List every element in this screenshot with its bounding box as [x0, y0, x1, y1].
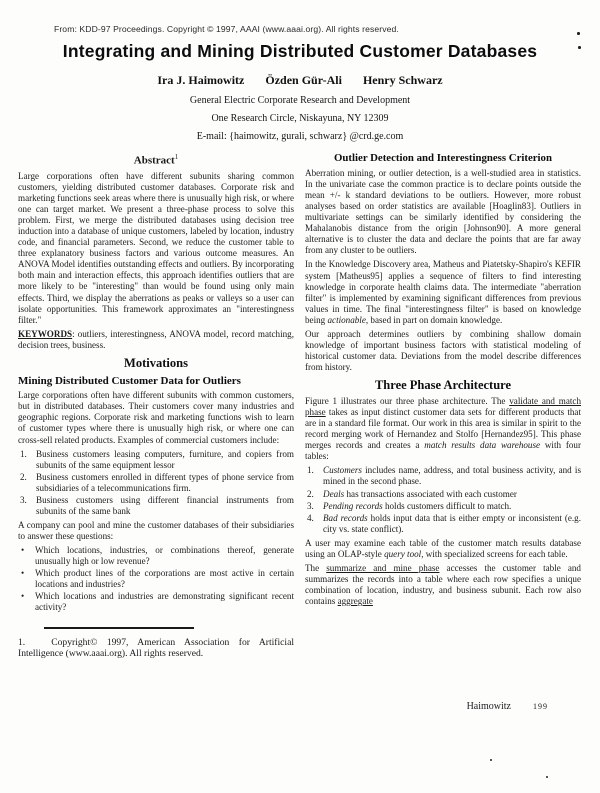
- page-footer: Haimowitz199: [467, 701, 548, 712]
- list-item: 1. Business customers leasing computers,…: [18, 449, 294, 471]
- footer-page-number: 199: [533, 702, 548, 711]
- affiliation-address: One Research Circle, Niskayuna, NY 12309: [18, 113, 582, 124]
- list-item: 3. Business customers using different fi…: [18, 495, 294, 517]
- affiliation: General Electric Corporate Research and …: [18, 95, 582, 106]
- two-column-body: Abstract1 Large corporations often have …: [18, 151, 582, 663]
- list-number: 2.: [305, 489, 323, 500]
- list-text: Which locations and industries are demon…: [35, 591, 294, 613]
- list-text-run: has transactions associated with each cu…: [344, 489, 517, 499]
- section-heading-motivations: Motivations: [18, 356, 294, 371]
- italic-run: match results data warehouse: [424, 440, 540, 450]
- proceedings-copyright-note: From: KDD-97 Proceedings. Copyright © 19…: [54, 24, 582, 34]
- list-text: Business customers enrolled in different…: [36, 472, 294, 494]
- author-name: Ira J. Haimowitz: [157, 73, 244, 87]
- section-heading-three-phase: Three Phase Architecture: [305, 378, 581, 393]
- footer-author: Haimowitz: [467, 701, 511, 712]
- list-number: 3.: [18, 495, 36, 517]
- italic-term: Pending records: [323, 501, 383, 511]
- copyright-footnote: 1.Copyright© 1997, American Association …: [18, 637, 294, 660]
- paragraph-run: The: [305, 563, 326, 573]
- keywords-label: KEYWORDS: [18, 329, 72, 339]
- list-number: 1.: [305, 465, 323, 487]
- list-text: Deals has transactions associated with e…: [323, 489, 581, 500]
- scan-artifact-dot: [578, 46, 581, 49]
- list-text: Bad records holds input data that is eit…: [323, 513, 581, 535]
- body-paragraph: Figure 1 illustrates our three phase arc…: [305, 396, 581, 462]
- bullet-glyph: •: [18, 591, 35, 613]
- left-column: Abstract1 Large corporations often have …: [18, 151, 294, 663]
- italic-term: Deals: [323, 489, 344, 499]
- body-paragraph: Aberration mining, or outlier detection,…: [305, 168, 581, 256]
- paper-title: Integrating and Mining Distributed Custo…: [18, 41, 582, 62]
- numbered-list-tables: 1. Customers includes name, address, and…: [305, 465, 581, 534]
- list-item: • Which locations, industries, or combin…: [18, 545, 294, 567]
- list-text: Customers includes name, address, and to…: [323, 465, 581, 487]
- list-item: 3. Pending records holds customers diffi…: [305, 501, 581, 512]
- list-text: Pending records holds customers difficul…: [323, 501, 581, 512]
- paragraph-run: , based in part on domain knowledge.: [366, 315, 502, 325]
- bullet-glyph: •: [18, 568, 35, 590]
- body-paragraph: A user may examine each table of the cus…: [305, 538, 581, 560]
- abstract-heading: Abstract1: [18, 153, 294, 168]
- scan-artifact-dot: [490, 759, 492, 761]
- body-paragraph: The summarize and mine phase accesses th…: [305, 563, 581, 607]
- scan-artifact-dot: [577, 32, 580, 35]
- italic-term: Customers: [323, 465, 362, 475]
- underlined-run: aggregate: [338, 596, 373, 606]
- list-item: 2. Business customers enrolled in differ…: [18, 472, 294, 494]
- scan-artifact-dot: [546, 776, 548, 778]
- list-item: 2. Deals has transactions associated wit…: [305, 489, 581, 500]
- body-paragraph: In the Knowledge Discovery area, Matheus…: [305, 259, 581, 325]
- keywords-paragraph: KEYWORDS: outliers, interestingness, ANO…: [18, 329, 294, 351]
- list-item: 4. Bad records holds input data that is …: [305, 513, 581, 535]
- paper-page: From: KDD-97 Proceedings. Copyright © 19…: [0, 0, 600, 793]
- authors-line: Ira J. Haimowitz Özden Gür-Ali Henry Sch…: [18, 73, 582, 88]
- underlined-run: summarize and mine phase: [326, 563, 439, 573]
- footnote-text: Copyright© 1997, American Association fo…: [18, 637, 294, 660]
- paragraph-run: , with specialized screens for each tabl…: [421, 549, 567, 559]
- section-heading-outlier-detection: Outlier Detection and Interestingness Cr…: [305, 152, 581, 165]
- list-text: Which locations, industries, or combinat…: [35, 545, 294, 567]
- list-text: Business customers leasing computers, fu…: [36, 449, 294, 471]
- list-text-run: holds customers difficult to match.: [383, 501, 512, 511]
- list-text-run: includes name, address, and total busine…: [323, 465, 581, 486]
- bullet-list-questions: • Which locations, industries, or combin…: [18, 545, 294, 613]
- abstract-paragraph: Large corporations often have different …: [18, 171, 294, 326]
- footnote-number: 1.: [18, 637, 25, 648]
- abstract-heading-text: Abstract: [134, 155, 175, 167]
- list-number: 3.: [305, 501, 323, 512]
- italic-run: query tool: [384, 549, 421, 559]
- list-text: Business customers using different finan…: [36, 495, 294, 517]
- list-item: 1. Customers includes name, address, and…: [305, 465, 581, 487]
- author-name: Özden Gür-Ali: [265, 73, 342, 87]
- list-item: • Which product lines of the corporation…: [18, 568, 294, 590]
- list-item: • Which locations and industries are dem…: [18, 591, 294, 613]
- body-paragraph: A company can pool and mine the customer…: [18, 520, 294, 542]
- body-paragraph: Large corporations often have different …: [18, 390, 294, 445]
- body-paragraph: Our approach determines outliers by comb…: [305, 329, 581, 373]
- right-column: Outlier Detection and Interestingness Cr…: [305, 151, 581, 663]
- italic-term: Bad records: [323, 513, 368, 523]
- email-line: E-mail: {haimowitz, gurali, schwarz} @cr…: [18, 131, 582, 142]
- italic-run: actionable: [327, 315, 365, 325]
- list-number: 4.: [305, 513, 323, 535]
- list-number: 2.: [18, 472, 36, 494]
- numbered-list-commercial-customers: 1. Business customers leasing computers,…: [18, 449, 294, 517]
- footnote-marker: 1: [175, 153, 179, 161]
- bullet-glyph: •: [18, 545, 35, 567]
- list-number: 1.: [18, 449, 36, 471]
- footnote-separator-rule: [44, 627, 194, 629]
- author-name: Henry Schwarz: [363, 73, 443, 87]
- paragraph-run: Figure 1 illustrates our three phase arc…: [305, 396, 509, 406]
- list-text: Which product lines of the corporations …: [35, 568, 294, 590]
- subsection-heading-mining: Mining Distributed Customer Data for Out…: [18, 375, 294, 388]
